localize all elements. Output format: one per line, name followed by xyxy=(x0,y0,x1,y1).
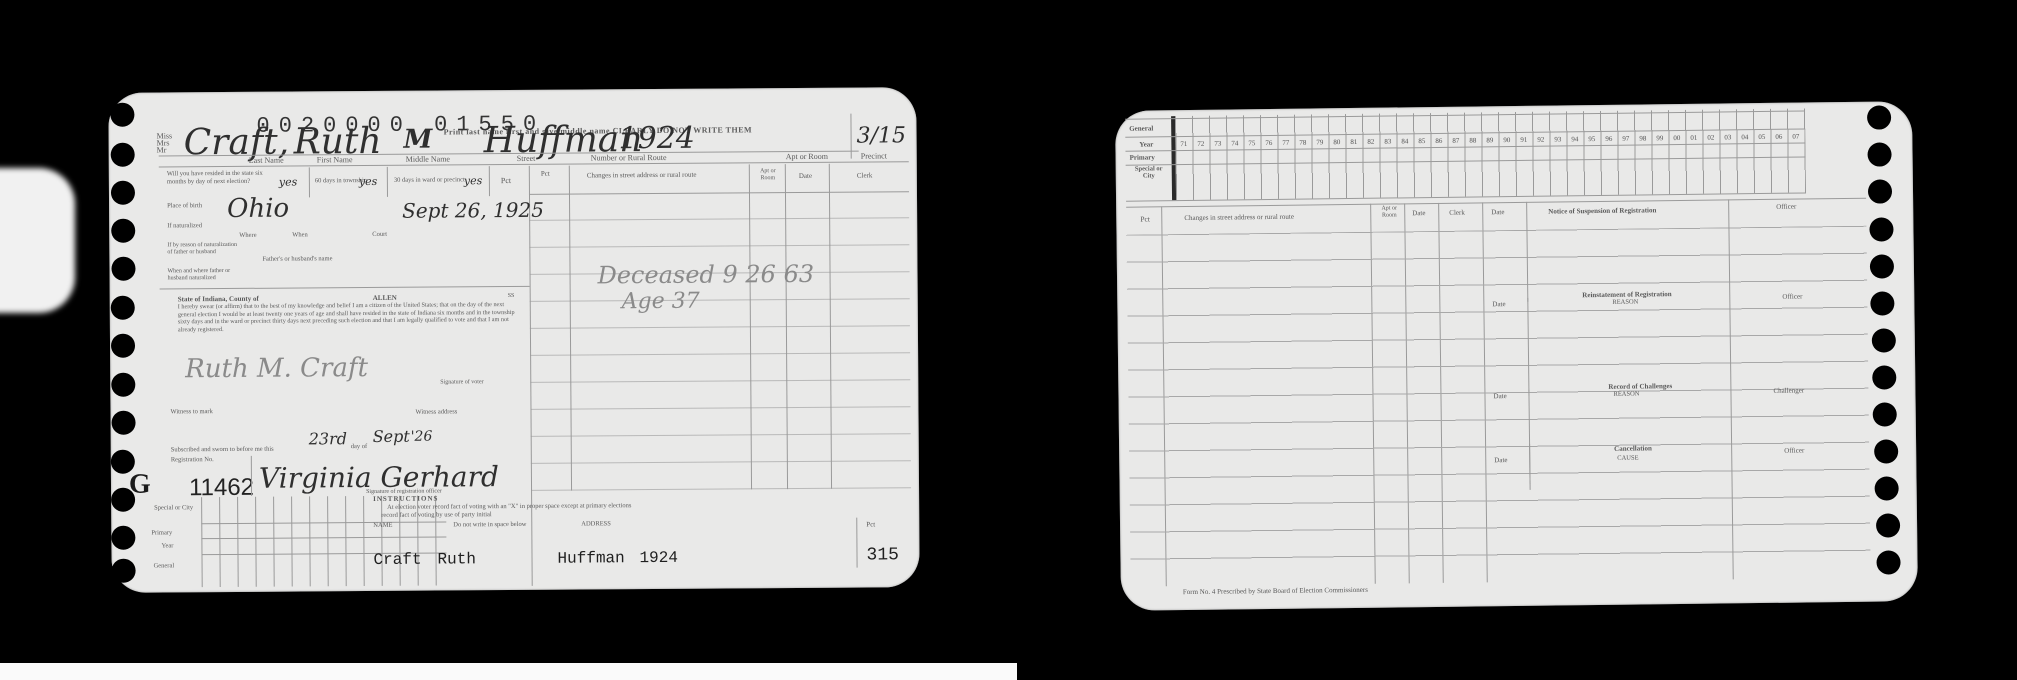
changes-header-clerk: Clerk xyxy=(1449,209,1465,217)
punch-hole xyxy=(1870,291,1894,315)
precinct-divider xyxy=(850,114,851,159)
divider xyxy=(856,518,857,568)
label-where: Where xyxy=(239,232,256,239)
label-court: Court xyxy=(372,231,387,238)
typed-number: 1924 xyxy=(639,549,678,567)
label-witness-address: Witness address xyxy=(415,408,457,415)
age-note: Age 37 xyxy=(622,289,700,315)
rule xyxy=(530,325,910,329)
registration-letter: G xyxy=(129,469,151,501)
label-do-not-write: Do not write in space below xyxy=(453,521,526,529)
reinstatement-reason-label: REASON xyxy=(1612,299,1638,306)
instructions-title: INSTRUCTIONS xyxy=(373,495,438,503)
divider xyxy=(489,166,490,196)
rule xyxy=(530,406,910,410)
label-precinct: Precinct xyxy=(861,151,887,160)
punch-hole xyxy=(1867,142,1891,166)
challenges-reason-label: REASON xyxy=(1613,391,1639,398)
punch-hole xyxy=(1870,254,1894,278)
challenges-title: Record of Challenges xyxy=(1608,382,1672,391)
grid-label-year: Year xyxy=(1139,140,1153,148)
cancellation-cause-label: CAUSE xyxy=(1617,455,1638,462)
label-street: Street xyxy=(517,154,536,163)
label-fathers-name: Father's or husband's name xyxy=(262,255,332,262)
label-pct-footer: Pct xyxy=(866,520,875,528)
divider xyxy=(309,167,310,197)
precinct-handwritten: 3/15 xyxy=(856,123,906,148)
label-when: When xyxy=(292,231,308,238)
typed-street: Huffman xyxy=(557,549,624,567)
subscribed-year: '26 xyxy=(411,429,433,445)
challenges-date-label: Date xyxy=(1493,392,1506,400)
label-middle-name: Middle Name xyxy=(406,154,450,163)
grid-label-special: Special or City xyxy=(1130,165,1168,179)
grid-col xyxy=(381,496,383,586)
rule xyxy=(529,217,909,221)
changes-header-apt: Apt or Room xyxy=(754,168,782,182)
reinstatement-date-label: Date xyxy=(1492,300,1505,308)
answer-state-residence: yes xyxy=(279,176,297,189)
challenges-challenger-label: Challenger xyxy=(1773,386,1804,394)
scan-edge-band xyxy=(0,663,1017,680)
title-prefix: Miss Mrs Mr xyxy=(157,132,173,153)
label-pct: Pct xyxy=(501,176,511,185)
changes-header-address: Changes in street address or rural route xyxy=(587,171,697,180)
grid-label-year: Year xyxy=(161,542,173,549)
suspension-date-label: Date xyxy=(1491,208,1504,216)
punch-hole xyxy=(111,526,135,550)
punch-hole xyxy=(110,103,134,127)
punch-hole xyxy=(1875,476,1899,500)
grid-col xyxy=(327,496,329,586)
label-place-of-birth: Place of birth xyxy=(167,202,207,210)
subscribed-month: Sept xyxy=(373,427,410,446)
label-naturalized: If naturalized xyxy=(167,222,202,229)
rule xyxy=(530,352,910,356)
rule xyxy=(531,460,911,464)
grid-label-general: General xyxy=(154,562,175,569)
punch-hole xyxy=(1869,217,1893,241)
rule xyxy=(531,487,911,491)
suspension-title: Notice of Suspension of Registration xyxy=(1548,206,1656,215)
oath-county: ALLEN xyxy=(373,294,397,302)
grid-label-general: General xyxy=(1129,124,1153,132)
punch-hole xyxy=(1868,179,1892,203)
place-of-birth-handwritten: Ohio xyxy=(227,194,289,224)
grid-col xyxy=(255,497,257,587)
oath-ss: SS xyxy=(508,293,515,299)
punch-hole xyxy=(1867,105,1891,129)
rule xyxy=(530,379,910,383)
label-address: ADDRESS xyxy=(581,520,611,527)
punch-hole xyxy=(112,559,136,583)
label-number: Number or Rural Route xyxy=(591,153,667,163)
subscribed-day: 23rd xyxy=(309,429,347,448)
row-rules xyxy=(1126,226,1870,585)
changes-header-apt: Apt or Room xyxy=(1374,205,1404,219)
punch-hole xyxy=(111,219,135,243)
rule xyxy=(160,286,530,290)
punch-hole xyxy=(1872,328,1896,352)
typed-last-name: Craft xyxy=(373,551,421,569)
changes-header-date: Date xyxy=(1412,209,1425,217)
grid-col xyxy=(273,497,275,587)
oath-text: I hereby swear (or affirm) that to the b… xyxy=(178,301,523,333)
punch-holes-left xyxy=(108,87,916,93)
punch-hole xyxy=(1874,439,1898,463)
question-precinct: 30 days in ward or precinct xyxy=(394,176,465,183)
grid-label-primary: Primary xyxy=(1129,153,1154,161)
divider xyxy=(387,167,388,197)
rule xyxy=(530,298,910,302)
registration-card-front: 0020000 01550 Print last name first and … xyxy=(108,87,919,593)
deceased-note: Deceased 9 26 63 xyxy=(597,260,814,290)
punch-hole xyxy=(1876,513,1900,537)
grid-label-special: Special or City xyxy=(151,504,196,511)
label-registration-no: Registration No. xyxy=(171,456,214,463)
year-grid-lines xyxy=(1175,108,1806,200)
label-first-name: First Name xyxy=(317,155,353,164)
label-apt: Apt or Room xyxy=(786,152,828,161)
suspension-officer-label: Officer xyxy=(1776,203,1796,211)
typed-precinct: 315 xyxy=(866,545,899,565)
rule xyxy=(529,191,909,195)
grid-col xyxy=(237,497,239,587)
label-when-where: When and where father or husband natural… xyxy=(167,268,247,283)
subscribed-text: Subscribed and sworn to before me this xyxy=(171,446,274,454)
voter-signature: Ruth M. Craft xyxy=(185,353,368,384)
cancellation-title: Cancellation xyxy=(1614,444,1652,452)
date-handwritten: Sept 26, 1925 xyxy=(402,198,544,223)
punch-hole xyxy=(111,411,135,435)
divider xyxy=(529,166,533,586)
changes-header-address: Changes in street address or rural route xyxy=(1184,213,1294,222)
instructions-line2: record fact of voting by use of party in… xyxy=(381,511,492,519)
grid-col xyxy=(291,497,293,587)
label-last-name: Last Name xyxy=(249,156,284,165)
question-state-residence: Will you have resided in the state six m… xyxy=(167,170,272,187)
rule xyxy=(531,433,911,437)
punch-hole xyxy=(111,257,135,281)
label-by-reason: If by reason of naturalization of father… xyxy=(167,242,242,257)
reinstatement-officer-label: Officer xyxy=(1782,293,1802,301)
label-name: NAME xyxy=(373,522,392,529)
changes-header-clerk: Clerk xyxy=(857,171,873,179)
scanner-glare xyxy=(0,168,75,313)
cancellation-officer-label: Officer xyxy=(1784,446,1804,454)
grid-label-primary: Primary xyxy=(151,529,172,536)
answer-precinct: yes xyxy=(464,174,482,187)
grid-col xyxy=(201,497,203,587)
cancellation-date-label: Date xyxy=(1494,456,1507,464)
grid-col xyxy=(345,496,347,586)
changes-header-pct: Pct xyxy=(541,170,550,178)
label-witness-to-mark: Witness to mark xyxy=(170,408,212,415)
grid-col xyxy=(363,496,365,586)
punch-hole xyxy=(1872,365,1896,389)
punch-hole xyxy=(111,373,135,397)
punch-hole xyxy=(111,143,135,167)
instructions-line1: At election voter record fact of voting … xyxy=(387,502,631,511)
registration-card-back: General Year Primary Special or City 71 … xyxy=(1115,101,1918,611)
label-signature-of-voter: Signature of voter xyxy=(440,379,483,385)
grid-col xyxy=(219,497,221,587)
label-day-of: day of xyxy=(351,443,367,450)
divider xyxy=(251,456,252,496)
rule xyxy=(529,244,909,248)
punch-hole xyxy=(111,181,135,205)
changes-header-date: Date xyxy=(799,172,812,180)
punch-hole xyxy=(1876,550,1900,574)
typed-first-name: Ruth xyxy=(437,550,476,568)
punch-hole xyxy=(111,334,135,358)
punch-hole xyxy=(111,296,135,320)
middle-initial-handwritten: M xyxy=(403,125,432,155)
prefix-mr: Mr xyxy=(157,146,173,153)
grid-col xyxy=(309,496,311,586)
punch-hole xyxy=(1873,402,1897,426)
changes-header-pct: Pct xyxy=(1140,214,1150,223)
answer-township: yes xyxy=(359,175,377,188)
form-footer: Form No. 4 Prescribed by State Board of … xyxy=(1183,586,1368,596)
